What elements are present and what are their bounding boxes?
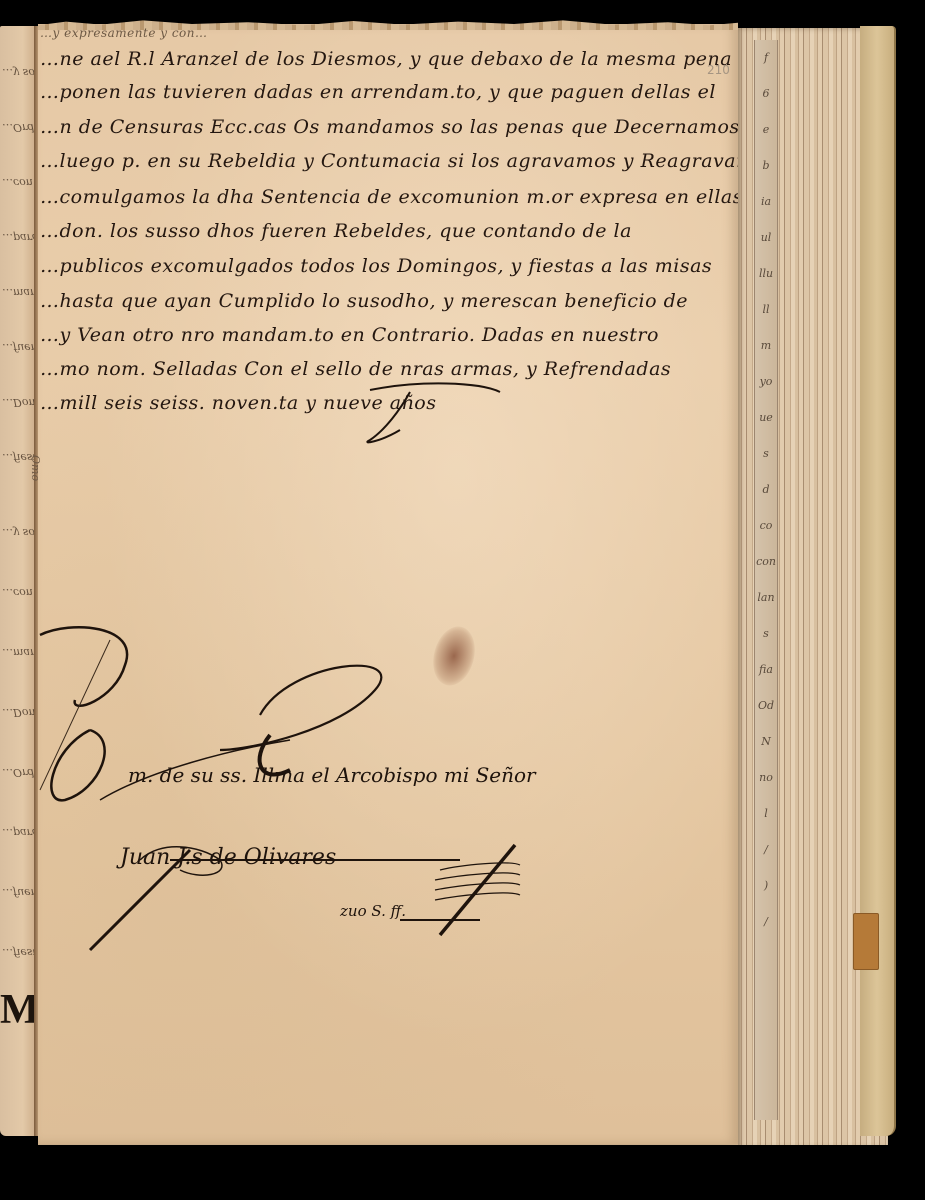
- edge-text-glyph: ia: [755, 184, 777, 220]
- left-page-text-line: …Ordenan …: [2, 121, 38, 134]
- edge-text-glyph: ul: [755, 220, 777, 256]
- left-page-text-line: …y so pena de …: [2, 526, 38, 539]
- edge-text-glyph: no: [755, 760, 777, 796]
- edge-text-glyph: con: [755, 544, 777, 580]
- secretary-signature-flourish: [80, 820, 560, 970]
- edge-text-glyph: l: [755, 796, 777, 832]
- edge-text-glyph: s: [755, 436, 777, 472]
- left-page-text-line: …y so pena de …: [2, 66, 38, 79]
- secretary-signature: Juan J.s de Olivares: [120, 845, 336, 870]
- edge-text-glyph: llu: [755, 256, 777, 292]
- manuscript-scan: …y so pena de … …Ordenan … …con lo … …pa…: [0, 0, 925, 1200]
- edge-text-glyph: e: [755, 112, 777, 148]
- left-page-text-line: …mandamos …: [2, 286, 38, 299]
- manuscript-line-5: …comulgamos la dha Sentencia de excomuni…: [40, 186, 743, 208]
- manuscript-line-9: …y Vean otro nro mandam.to en Contrario.…: [40, 324, 659, 346]
- printed-letter-fragment: M: [0, 986, 38, 1034]
- fee-notation: zuo S. ff.: [340, 902, 406, 920]
- left-page-text-line: …con lo …: [2, 586, 38, 599]
- edge-text-glyph: s: [755, 616, 777, 652]
- edge-text-glyph: ll: [755, 292, 777, 328]
- edge-text-glyph: ): [755, 868, 777, 904]
- manuscript-line-8: …hasta que ayan Cumplido lo susodho, y m…: [40, 290, 688, 312]
- leather-tab: [853, 913, 879, 970]
- manuscript-line-2: …ponen las tuvieren dadas en arrendam.to…: [40, 81, 716, 103]
- manuscript-line-7: …publicos excomulgados todos los Domingo…: [40, 255, 712, 277]
- closing-flourish: [340, 370, 540, 450]
- edge-text-glyph: fia: [755, 652, 777, 688]
- margin-note: Omo: [29, 455, 42, 481]
- edge-text-glyph: yo: [755, 364, 777, 400]
- rubric-flourish: [30, 620, 550, 820]
- folded-leaf-edge: f 6 e b ia ul llu ll m yo ue s d co con …: [754, 40, 778, 1120]
- cut-off-line: …y expresamente y con…: [40, 26, 208, 40]
- left-page-text-line: …fueren …: [2, 886, 38, 899]
- manuscript-line-1: …ne ael R.l Aranzel de los Diesmos, y qu…: [40, 48, 802, 70]
- left-page-text-line: …con lo …: [2, 176, 38, 189]
- edge-text-glyph: lan: [755, 580, 777, 616]
- edge-text-glyph: b: [755, 148, 777, 184]
- edge-text-glyph: d: [755, 472, 777, 508]
- left-page-text-line: …fueren …: [2, 341, 38, 354]
- manuscript-line-6: …don. los susso dhos fueren Rebeldes, qu…: [40, 220, 632, 242]
- edge-text-glyph: /: [755, 904, 777, 940]
- manuscript-line-4: …luego p. en su Rebeldia y Contumacia si…: [40, 150, 777, 172]
- left-page-text-line: …para el …: [2, 231, 38, 244]
- left-page-text-line: …Domingos …: [2, 396, 38, 409]
- edge-text-glyph: 6: [755, 76, 777, 112]
- edge-text-glyph: f: [755, 40, 777, 76]
- left-page-text-line: …fiestas …: [2, 946, 38, 959]
- manuscript-line-3: …n de Censuras Ecc.cas Os mandamos so la…: [40, 116, 828, 138]
- edge-text-glyph: ue: [755, 400, 777, 436]
- left-page-text-line: …para el …: [2, 826, 38, 839]
- left-facing-page: …y so pena de … …Ordenan … …con lo … …pa…: [0, 26, 38, 1136]
- edge-text-glyph: /: [755, 832, 777, 868]
- edge-text-glyph: Od: [755, 688, 777, 724]
- scan-background: [0, 1145, 925, 1200]
- attestation-line: m. de su ss. Illma el Arcobispo mi Señor: [128, 763, 536, 787]
- edge-text-glyph: m: [755, 328, 777, 364]
- edge-text-glyph: N: [755, 724, 777, 760]
- edge-text-glyph: co: [755, 508, 777, 544]
